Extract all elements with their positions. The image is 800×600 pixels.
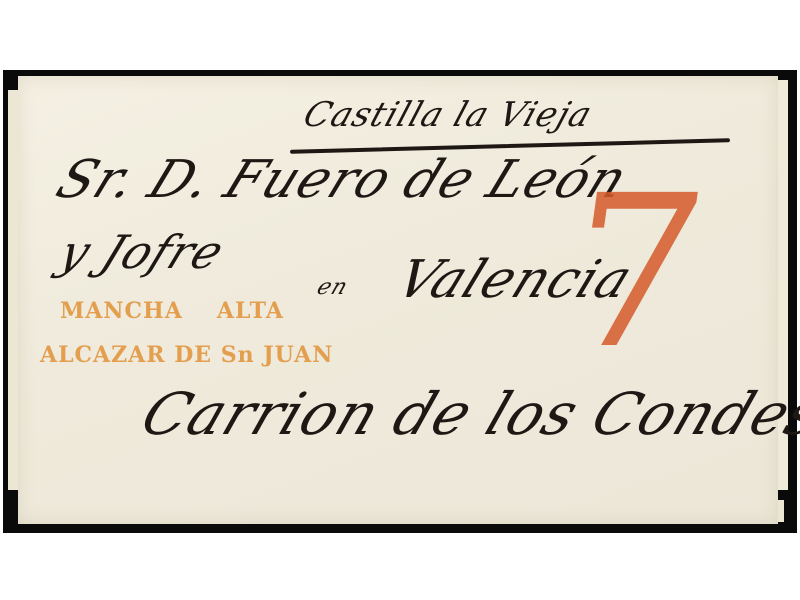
address-line-1: Sr. D. Fuero de León bbox=[48, 150, 637, 210]
destination: Carrion de los Condes bbox=[133, 380, 800, 448]
postmark-line-2: ALCAZAR DE Sn JUAN bbox=[40, 342, 333, 368]
postmark-mancha: MANCHA bbox=[60, 298, 183, 324]
postmark-alta: ALTA bbox=[217, 298, 284, 324]
route-note: Castilla la Vieja bbox=[299, 95, 598, 135]
address-line-2: y Jofre bbox=[51, 225, 233, 279]
postmark-line-1: MANCHAALTA bbox=[60, 298, 284, 324]
